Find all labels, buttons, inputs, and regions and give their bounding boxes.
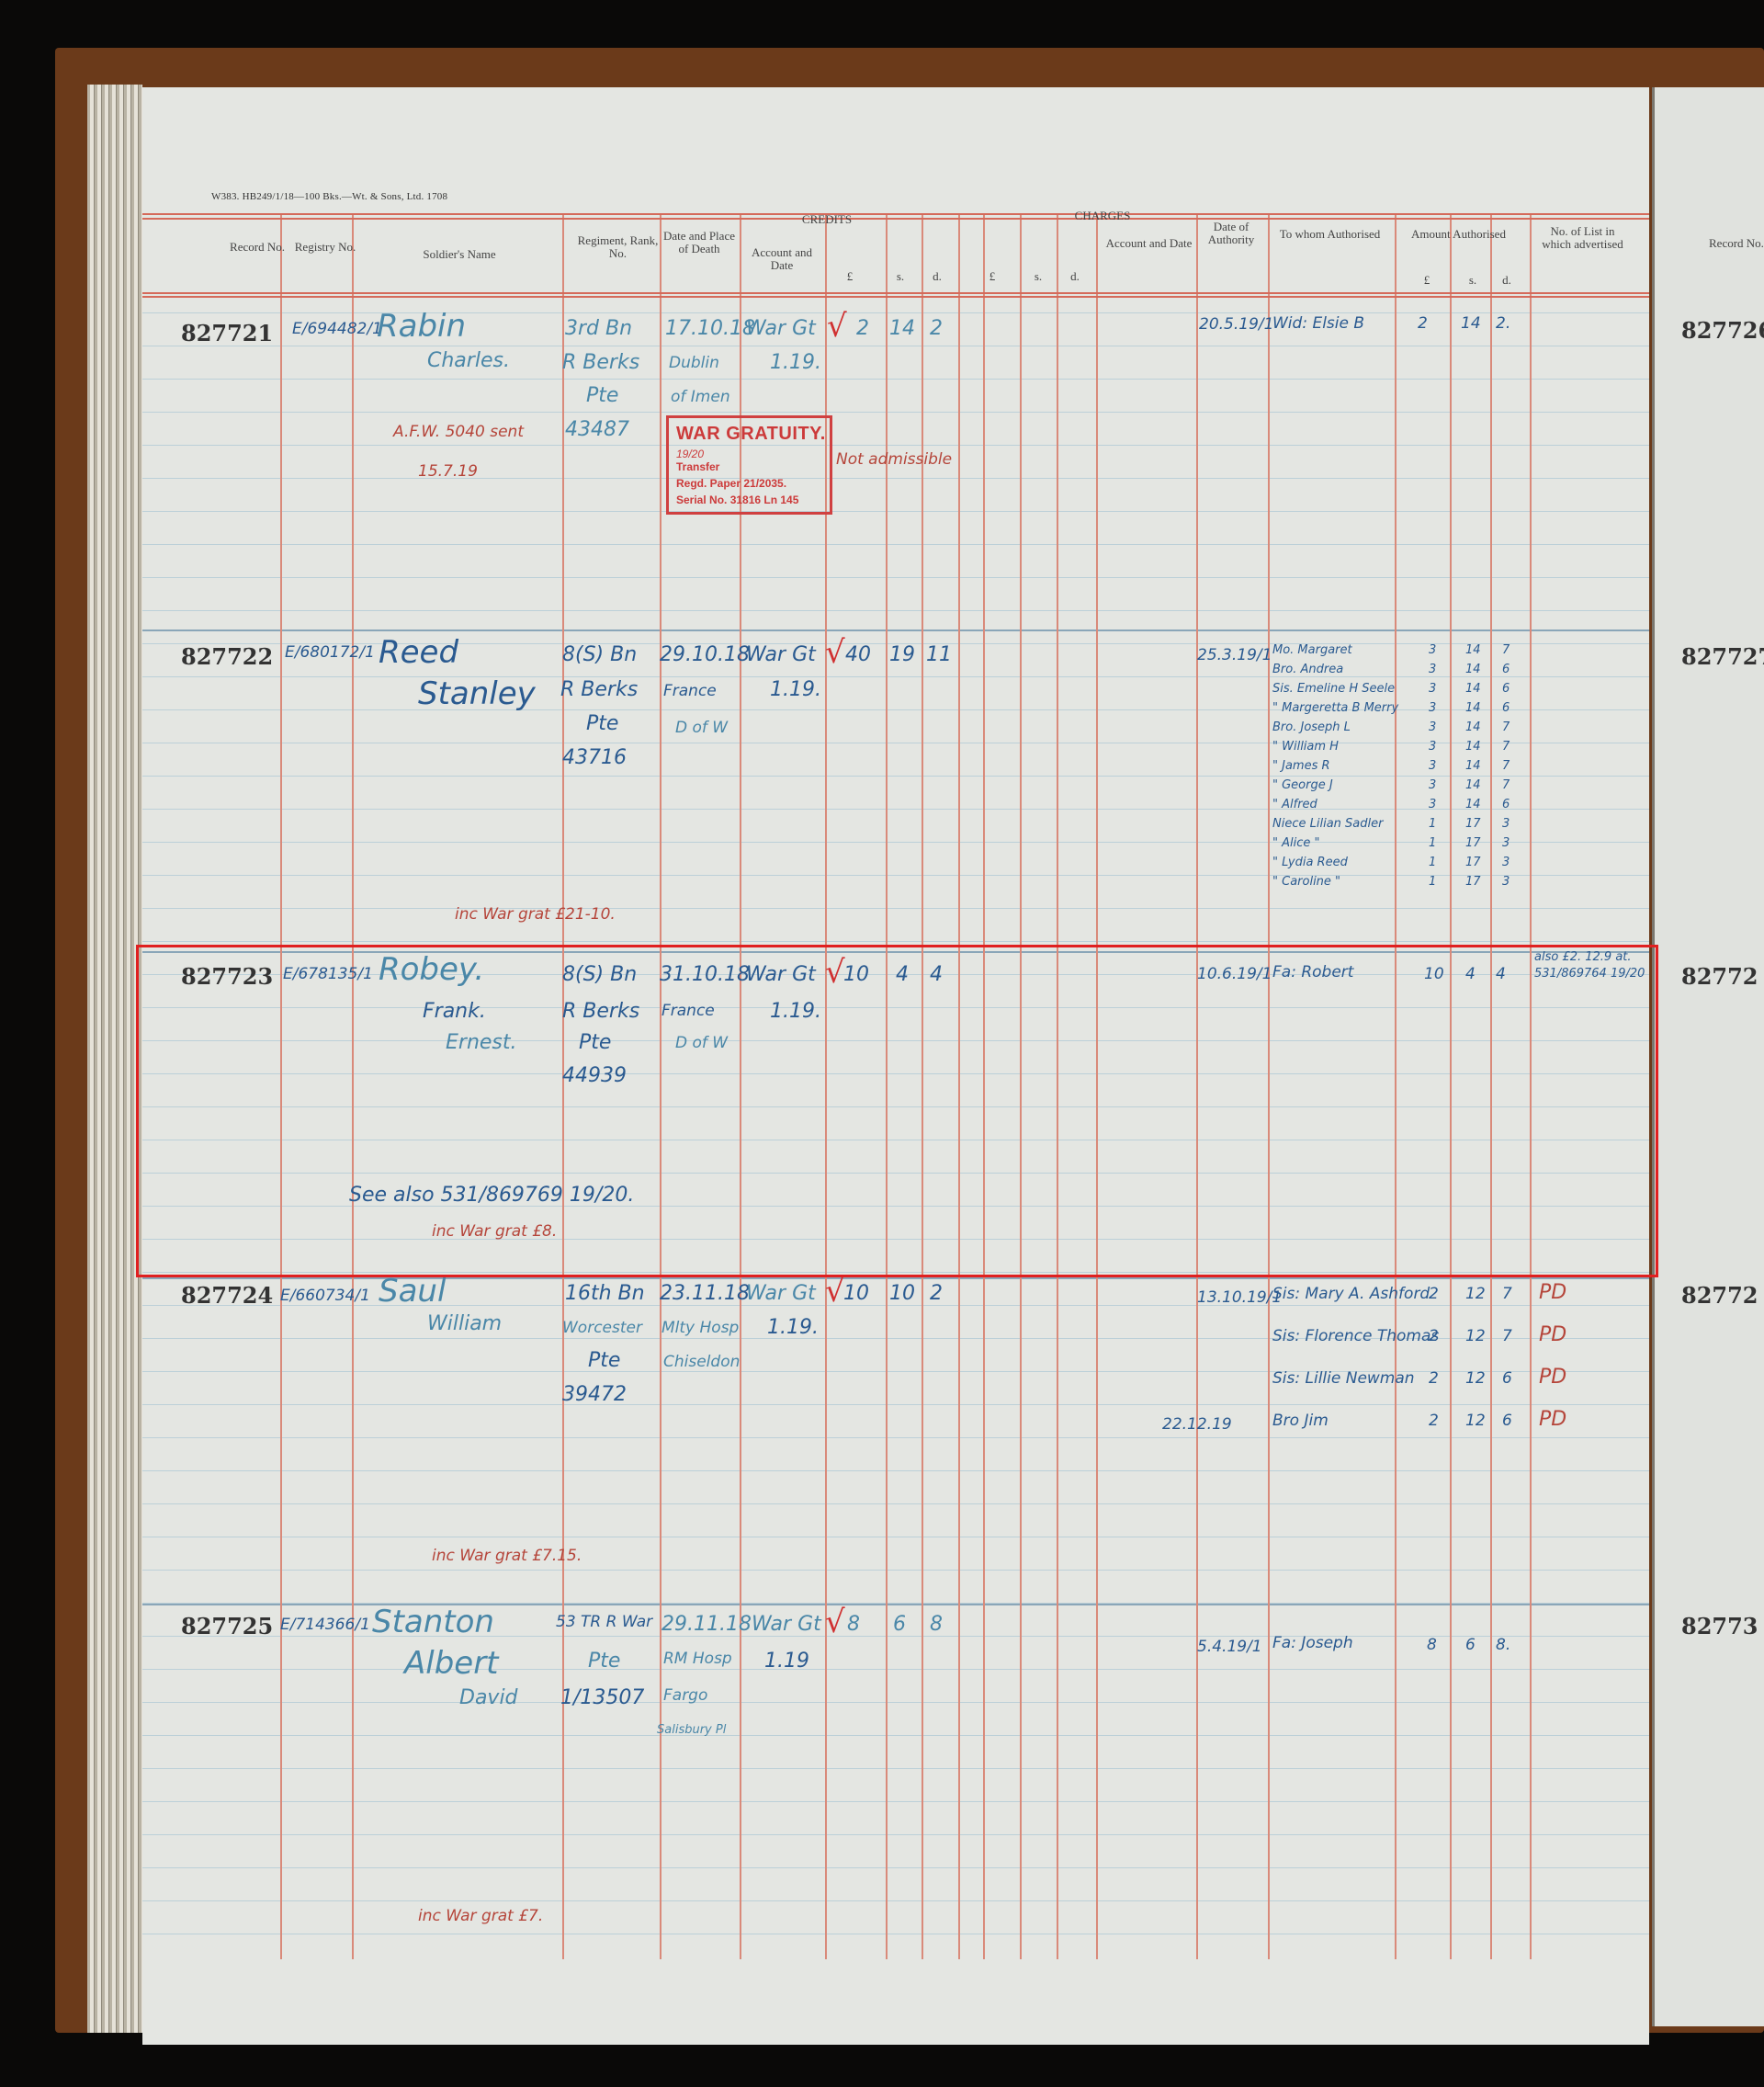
regiment-line: 3rd Bn — [565, 317, 632, 340]
credit-shillings: 14 — [889, 317, 915, 340]
ruled-line — [142, 577, 1649, 578]
death-place: Salisbury Pl — [657, 1723, 726, 1737]
authorised-to: Sis: Lillie Newman — [1272, 1369, 1415, 1388]
surname: Rabin — [377, 308, 466, 345]
header-right-record-no: Record No. — [1709, 237, 1764, 250]
red-note: inc War grat £7.15. — [432, 1547, 582, 1565]
surname: Reed — [379, 634, 458, 671]
death-place: Dublin — [669, 354, 719, 372]
right-page-record-number: 82773 — [1681, 1613, 1758, 1639]
auth-pounds: 3 — [1429, 663, 1436, 676]
date-authority-2: 22.12.19 — [1162, 1415, 1232, 1434]
auth-pence: 8. — [1496, 1636, 1510, 1654]
auth-pence: 7 — [1502, 643, 1510, 657]
right-page-record-number: 827727 — [1681, 643, 1764, 670]
regiment-line: 8(S) Bn — [562, 643, 637, 666]
auth-shillings: 14 — [1465, 759, 1481, 773]
regiment-line: 53 TR R War — [556, 1613, 652, 1631]
header-to-whom: To whom Authorised — [1272, 228, 1387, 241]
stamp-title: WAR GRATUITY. — [676, 424, 826, 445]
given-name: Stanley — [418, 675, 536, 712]
auth-pence: 6 — [1502, 663, 1510, 676]
paid-mark: PD — [1539, 1281, 1566, 1304]
ruled-line — [142, 1570, 1649, 1571]
authorised-to: Mo. Margaret — [1272, 643, 1352, 657]
authorised-to: " William H — [1272, 740, 1339, 754]
regiment-line: Worcester — [562, 1319, 642, 1337]
registry-number: E/660734/1 — [280, 1287, 370, 1305]
ruled-line — [142, 875, 1649, 876]
death-date: 29.11.18 — [661, 1613, 752, 1636]
check-mark: √ — [827, 308, 847, 345]
auth-pounds: 1 — [1429, 875, 1436, 889]
given-name: Albert — [404, 1645, 499, 1682]
ruled-line — [142, 908, 1649, 909]
date-authority: 13.10.19/1 — [1197, 1288, 1282, 1307]
credit-pence: 2 — [930, 1282, 943, 1305]
ruled-line — [142, 1371, 1649, 1372]
death-cause: D of W — [675, 719, 728, 737]
header-credits-account: Account and Date — [741, 246, 823, 272]
auth-pounds: 3 — [1429, 643, 1436, 657]
date-authority: 20.5.19/1 — [1199, 315, 1273, 334]
registry-number: E/694482/1 — [292, 320, 382, 338]
paid-mark: PD — [1539, 1408, 1566, 1431]
auth-pence: 6 — [1502, 1369, 1512, 1388]
ruled-line — [142, 1636, 1649, 1637]
service-number: 43716 — [562, 746, 627, 769]
authorised-to: " Alice " — [1272, 836, 1320, 850]
auth-shillings: 14 — [1465, 778, 1481, 792]
header-auth-pence: d. — [1499, 274, 1514, 287]
header-list-advertised: No. of List in which advertised — [1534, 225, 1631, 251]
auth-pounds: 3 — [1429, 759, 1436, 773]
auth-pence: 2. — [1496, 314, 1510, 333]
red-note: A.F.W. 5040 sent — [393, 423, 524, 441]
record-separator — [142, 1277, 1649, 1279]
regiment-line: R Berks — [560, 678, 638, 701]
header-credit-pence: d. — [930, 270, 944, 283]
ruled-line — [142, 412, 1649, 413]
auth-pence: 3 — [1502, 817, 1510, 831]
auth-pence: 7 — [1502, 740, 1510, 754]
paid-mark: PD — [1539, 1366, 1566, 1389]
header-date-place-death: Date and Place of Death — [663, 230, 735, 255]
auth-pence: 6 — [1502, 682, 1510, 696]
ruled-line — [142, 1470, 1649, 1471]
ruled-line — [142, 1834, 1649, 1835]
auth-pence: 3 — [1502, 875, 1510, 889]
auth-pounds: 3 — [1429, 682, 1436, 696]
header-credit-shillings: s. — [893, 270, 908, 283]
date-authority: 25.3.19/1 — [1197, 646, 1272, 664]
header-charge-pounds: £ — [985, 270, 1000, 283]
authorised-to: Sis: Florence Thomas — [1272, 1327, 1439, 1345]
auth-pence: 7 — [1502, 720, 1510, 734]
red-note: inc War grat £7. — [418, 1907, 543, 1925]
auth-pence: 3 — [1502, 856, 1510, 869]
auth-pence: 6 — [1502, 798, 1510, 811]
header-date-authority: Date of Authority — [1199, 221, 1263, 246]
ruled-line — [142, 1900, 1649, 1901]
death-place: Mlty Hosp — [661, 1319, 739, 1337]
rank: Pte — [586, 712, 618, 735]
auth-pounds: 3 — [1429, 740, 1436, 754]
service-number: 39472 — [562, 1383, 627, 1406]
header-auth-shillings: s. — [1465, 274, 1480, 287]
header-charges-account: Account and Date — [1101, 237, 1197, 250]
header-credits: CREDITS — [781, 213, 873, 226]
record-number: 827725 — [181, 1613, 273, 1639]
credit-shillings: 10 — [889, 1282, 915, 1305]
ruled-line — [142, 809, 1649, 810]
ruled-line — [142, 1867, 1649, 1868]
war-gratuity-stamp: WAR GRATUITY. 19/20 Transfer Regd. Paper… — [666, 415, 832, 515]
header-charge-shillings: s. — [1031, 270, 1046, 283]
credit-pounds: 8 — [847, 1613, 860, 1636]
check-mark: √ — [825, 1604, 845, 1640]
authorised-to: " Alfred — [1272, 798, 1317, 811]
surname: Saul — [379, 1273, 446, 1310]
auth-shillings: 14 — [1465, 663, 1481, 676]
credit-pounds: 10 — [843, 1282, 869, 1305]
header-credit-pounds: £ — [842, 270, 857, 283]
header-regiment: Regiment, Rank, No. — [574, 234, 661, 260]
not-admissible-note: Not admissible — [836, 450, 952, 469]
ruled-line — [142, 776, 1649, 777]
ruled-line — [142, 1934, 1649, 1934]
auth-shillings: 14 — [1465, 798, 1481, 811]
credit-pounds: 40 — [845, 643, 871, 666]
header-record-no: Record No. — [225, 241, 289, 254]
header-auth-pounds: £ — [1419, 274, 1434, 287]
right-page-record-number: 82772 — [1681, 963, 1758, 990]
credit-date: 1.19. — [770, 351, 821, 374]
authorised-to: Bro Jim — [1272, 1412, 1329, 1430]
authorised-to: " Caroline " — [1272, 875, 1340, 889]
credit-account: War Gt — [752, 1613, 821, 1636]
header-charges: CHARGES — [1057, 210, 1148, 222]
ruled-line — [142, 1404, 1649, 1405]
record-separator — [142, 1604, 1649, 1605]
auth-pence: 7 — [1502, 778, 1510, 792]
surname: Stanton — [372, 1604, 494, 1640]
auth-pence: 7 — [1502, 1327, 1512, 1345]
registry-number: E/714366/1 — [280, 1616, 370, 1634]
auth-shillings: 12 — [1465, 1327, 1486, 1345]
auth-pounds: 3 — [1429, 701, 1436, 715]
right-page — [1652, 87, 1764, 2026]
record-number: 827721 — [181, 320, 273, 346]
given-name: Charles. — [427, 349, 510, 372]
stamp-transfer: Transfer — [676, 460, 719, 473]
auth-pounds: 1 — [1429, 817, 1436, 831]
header-rule-bottom-2 — [142, 296, 1649, 298]
death-place: France — [663, 682, 717, 700]
ruled-line — [142, 1437, 1649, 1438]
auth-pounds: 3 — [1429, 798, 1436, 811]
auth-pence: 7 — [1502, 1285, 1512, 1303]
regiment-line: 16th Bn — [565, 1282, 645, 1305]
death-date: 29.10.18 — [660, 643, 750, 666]
record-separator — [142, 630, 1649, 631]
auth-pounds: 8 — [1427, 1636, 1437, 1654]
ruled-line — [142, 544, 1649, 545]
death-place: of Imen — [671, 388, 730, 406]
ruled-line — [142, 1702, 1649, 1703]
auth-shillings: 14 — [1465, 740, 1481, 754]
record-number: 827724 — [181, 1282, 273, 1309]
authorised-to: Niece Lilian Sadler — [1272, 817, 1383, 831]
auth-pounds: 2 — [1429, 1285, 1439, 1303]
credit-account: War Gt — [746, 1282, 816, 1305]
check-mark: √ — [825, 1273, 845, 1310]
death-place: Chiseldon — [663, 1353, 740, 1371]
ruled-line — [142, 676, 1649, 677]
ruled-line — [142, 1801, 1649, 1802]
rank: Pte — [588, 1349, 620, 1372]
authorised-to: Bro. Andrea — [1272, 663, 1343, 676]
rank: Pte — [586, 384, 618, 407]
auth-shillings: 14 — [1465, 682, 1481, 696]
auth-pence: 3 — [1502, 836, 1510, 850]
authorised-to: Bro. Joseph L — [1272, 720, 1351, 734]
authorised-to: Wid: Elsie B — [1272, 314, 1364, 333]
right-page-record-number: 82772 — [1681, 1282, 1758, 1309]
service-number: 43487 — [565, 418, 629, 441]
death-date: 23.11.18 — [660, 1282, 750, 1305]
ruled-line — [142, 941, 1649, 942]
credit-date: 1.19. — [770, 678, 821, 701]
authorised-to: Fa: Joseph — [1272, 1634, 1353, 1652]
auth-shillings: 12 — [1465, 1369, 1486, 1388]
authorised-to: " James R — [1272, 759, 1330, 773]
auth-pence: 6 — [1502, 701, 1510, 715]
credit-shillings: 6 — [893, 1613, 906, 1636]
credit-pence: 11 — [926, 643, 952, 666]
stamp-serial: Serial No. 31816 Ln 145 — [676, 493, 798, 506]
ruled-line — [142, 346, 1649, 346]
credit-pence: 2 — [930, 317, 943, 340]
regiment-line: R Berks — [562, 351, 639, 374]
given-name: William — [427, 1312, 502, 1335]
stamp-regd-paper: Regd. Paper 21/2035. — [676, 477, 786, 490]
authorised-to: " Margeretta B Merry — [1272, 701, 1398, 715]
header-charge-pence: d. — [1068, 270, 1082, 283]
ruled-line — [142, 379, 1649, 380]
authorised-to: Sis. Emeline H Seele — [1272, 682, 1395, 696]
auth-pounds: 2 — [1429, 1369, 1439, 1388]
header-rule-top — [142, 213, 1649, 215]
auth-pence: 6 — [1502, 1412, 1512, 1430]
date-authority: 5.4.19/1 — [1197, 1638, 1262, 1656]
page-edges — [87, 85, 142, 2033]
ruled-line — [142, 312, 1649, 313]
auth-pounds: 2 — [1418, 314, 1428, 333]
auth-shillings: 14 — [1465, 720, 1481, 734]
death-place: RM Hosp — [663, 1650, 732, 1668]
header-soldiers-name: Soldier's Name — [367, 248, 551, 261]
auth-pounds: 1 — [1429, 836, 1436, 850]
auth-shillings: 12 — [1465, 1285, 1486, 1303]
ruled-line — [142, 1537, 1649, 1537]
auth-pounds: 3 — [1429, 778, 1436, 792]
auth-pounds: 3 — [1429, 720, 1436, 734]
selected-record-highlight[interactable] — [136, 945, 1658, 1277]
ruled-line — [142, 842, 1649, 843]
auth-shillings: 12 — [1465, 1412, 1486, 1430]
rank: Pte — [588, 1650, 620, 1673]
ruled-line — [142, 478, 1649, 479]
ruled-line — [142, 1768, 1649, 1769]
given-name-2: David — [459, 1686, 518, 1709]
credit-date: 1.19 — [764, 1650, 809, 1673]
credit-pence: 8 — [930, 1613, 943, 1636]
ruled-line — [142, 709, 1649, 710]
auth-shillings: 14 — [1465, 701, 1481, 715]
credit-pounds: 2 — [856, 317, 869, 340]
ruled-line — [142, 1305, 1649, 1306]
ruled-line — [142, 511, 1649, 512]
auth-shillings: 14 — [1461, 314, 1481, 333]
registry-number: E/680172/1 — [285, 643, 375, 662]
auth-pence: 7 — [1502, 759, 1510, 773]
printer-imprint: W383. HB249/1/18—100 Bks.—Wt. & Sons, Lt… — [211, 191, 447, 202]
ruled-line — [142, 445, 1649, 446]
right-page-record-number: 827726 — [1681, 317, 1764, 344]
header-rule-top-2 — [142, 218, 1649, 220]
ruled-line — [142, 1669, 1649, 1670]
record-number: 827722 — [181, 643, 273, 670]
stamp-year: 19/20 — [676, 448, 704, 460]
ruled-line — [142, 743, 1649, 743]
auth-shillings: 14 — [1465, 643, 1481, 657]
ruled-line — [142, 610, 1649, 611]
service-number: 1/13507 — [560, 1686, 644, 1709]
auth-shillings: 17 — [1465, 836, 1481, 850]
red-note: inc War grat £21-10. — [455, 905, 616, 924]
credit-account: War Gt — [746, 643, 816, 666]
auth-shillings: 17 — [1465, 856, 1481, 869]
credit-date: 1.19. — [767, 1316, 819, 1339]
credit-shillings: 19 — [889, 643, 915, 666]
authorised-to: Sis: Mary A. Ashford — [1272, 1285, 1430, 1303]
auth-pounds: 2 — [1429, 1327, 1439, 1345]
header-registry-no: Registry No. — [292, 241, 358, 254]
authorised-to: " George J — [1272, 778, 1333, 792]
header-rule-bottom — [142, 292, 1649, 294]
red-note: 15.7.19 — [418, 462, 478, 481]
auth-pounds: 1 — [1429, 856, 1436, 869]
header-amount-authorised: Amount Authorised — [1401, 228, 1516, 241]
ruled-line — [142, 1503, 1649, 1504]
death-place: Fargo — [663, 1686, 707, 1705]
death-date: 17.10.18 — [665, 317, 755, 340]
ruled-line — [142, 1735, 1649, 1736]
paid-mark: PD — [1539, 1323, 1566, 1346]
auth-shillings: 17 — [1465, 875, 1481, 889]
auth-pounds: 2 — [1429, 1412, 1439, 1430]
check-mark: √ — [825, 634, 845, 671]
auth-shillings: 17 — [1465, 817, 1481, 831]
credit-account: War Gt — [746, 317, 816, 340]
authorised-to: " Lydia Reed — [1272, 856, 1348, 869]
auth-shillings: 6 — [1465, 1636, 1476, 1654]
